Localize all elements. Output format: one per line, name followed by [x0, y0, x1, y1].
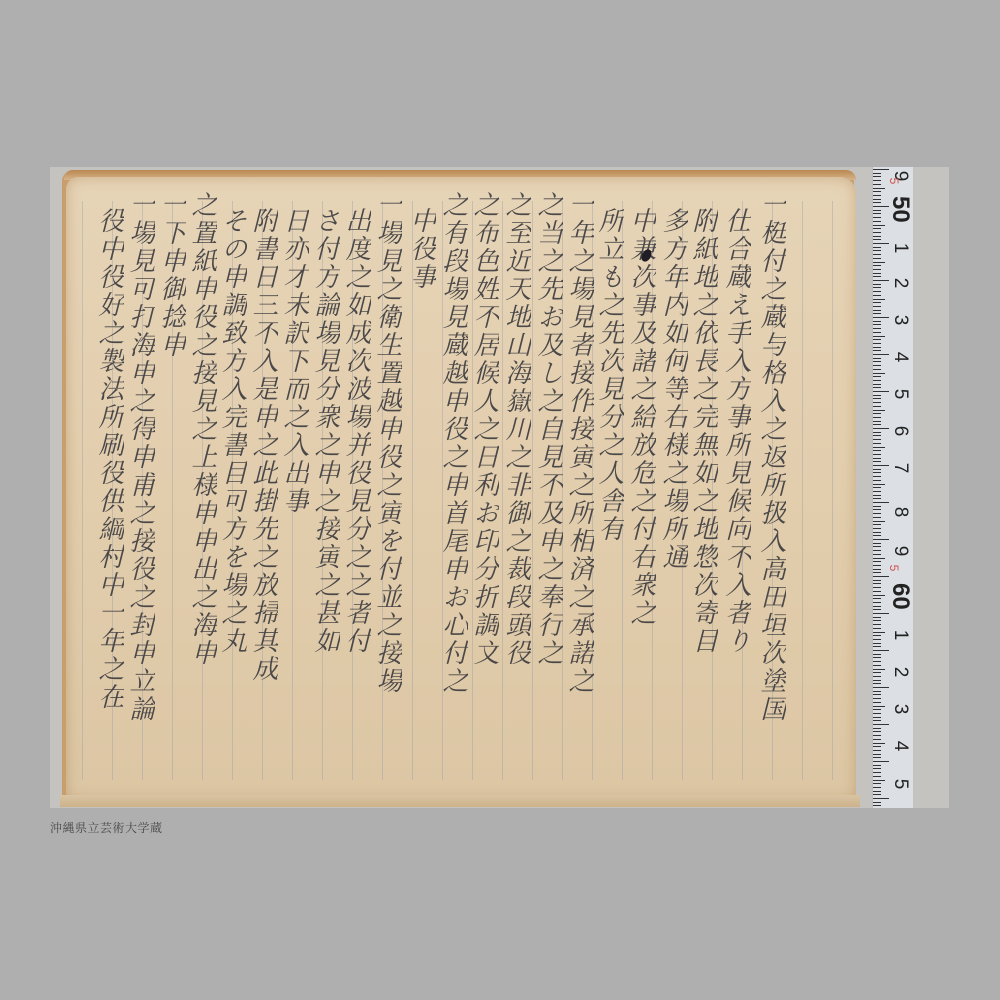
ruler-tick — [873, 757, 881, 758]
ruler-tick — [873, 624, 881, 625]
ruler-tick — [873, 480, 881, 481]
ruler-tick — [873, 650, 889, 651]
ruler-tick — [873, 291, 881, 292]
ruler-tick — [873, 635, 881, 636]
ruler-tick — [873, 387, 881, 388]
ruler-tick — [873, 361, 881, 362]
ruler-tick — [873, 587, 881, 588]
handwritten-column: 附書日三不入是申之此掛先之放掃其成 — [248, 207, 278, 683]
ruler-tick — [873, 402, 881, 403]
ruler-tick — [873, 324, 881, 325]
ruler-tick — [873, 476, 881, 477]
ruler-tick — [873, 273, 881, 274]
ruler-tick — [873, 754, 881, 755]
handwritten-column: 一下申御捻申 — [156, 191, 186, 359]
ruler-tick — [873, 791, 881, 792]
ruler-tick — [873, 550, 881, 551]
ruler-tick — [873, 413, 881, 414]
ruler-tick — [873, 676, 881, 677]
ruler-tick — [873, 609, 881, 610]
ruler-tick — [873, 580, 881, 581]
ruler-tick — [873, 280, 889, 281]
ruler-tick — [873, 484, 885, 485]
ruler-tick — [873, 287, 881, 288]
ruler-tick — [873, 221, 881, 222]
ruler-tick — [873, 254, 881, 255]
ruler-tick — [873, 395, 881, 396]
handwritten-column: 之置紙申役之接見之上様申申出之海申 — [187, 191, 217, 667]
ruled-line — [832, 201, 833, 780]
ruler-tick — [873, 339, 881, 340]
ruler-tick — [873, 528, 881, 529]
ruler-label: 3 — [889, 307, 911, 333]
ruler-tick — [873, 313, 881, 314]
ruler-tick — [873, 258, 881, 259]
ruler-tick — [873, 780, 885, 781]
ruler-tick — [873, 787, 881, 788]
ruler-tick — [873, 713, 881, 714]
ruler-tick — [873, 535, 881, 536]
ruler-tick — [873, 398, 881, 399]
ruler-tick — [873, 720, 881, 721]
ruler-tick — [873, 432, 881, 433]
ruler-tick — [873, 239, 881, 240]
ruler-tick — [873, 750, 881, 751]
ruler-tick — [873, 805, 881, 806]
ruler-label: 2 — [889, 270, 911, 296]
ruled-line — [802, 201, 803, 780]
ruler-label: 50 — [886, 196, 914, 222]
ruler-tick — [873, 717, 881, 718]
ruler-tick — [873, 380, 881, 381]
ruler-label: 1 — [889, 622, 911, 648]
ruler-tick — [873, 365, 881, 366]
ruler-tick — [873, 373, 885, 374]
ruler-tick — [873, 502, 889, 503]
ruler-tick — [873, 543, 881, 544]
ruler-tick — [873, 228, 881, 229]
ruler-tick — [873, 709, 881, 710]
ruler-tick — [873, 332, 881, 333]
ruler-tick — [873, 521, 885, 522]
ruler-tick — [873, 506, 881, 507]
ruler-tick — [873, 217, 881, 218]
ruler-tick — [873, 406, 881, 407]
ruler-tick — [873, 454, 881, 455]
ruler-tick — [873, 572, 881, 573]
ruler-tick — [873, 657, 881, 658]
ruler-tick — [873, 606, 881, 607]
ruler-tick — [873, 765, 881, 766]
handwritten-column: 所立も之先次見分之人舎有 — [594, 207, 624, 543]
ruler-tick — [873, 276, 881, 277]
ruler-tick — [873, 539, 889, 540]
ruler-tick — [873, 669, 885, 670]
ruler-tick — [873, 391, 889, 392]
handwritten-column: 之当之先お及し之自見不及申之奉行之 — [533, 191, 563, 667]
ruler-tick — [873, 469, 881, 470]
ruler-label: 4 — [889, 344, 911, 370]
ruler-tick — [873, 180, 881, 181]
ruler-tick — [873, 447, 885, 448]
ruler-tick — [873, 672, 881, 673]
ruler-tick — [873, 328, 881, 329]
ruler-tick — [873, 643, 881, 644]
ruler-tick — [873, 532, 881, 533]
ruler-tick — [873, 654, 881, 655]
ruler-tick — [873, 369, 881, 370]
ruler-label: 2 — [889, 659, 911, 685]
ruler-tick — [873, 487, 881, 488]
ruler-tick — [873, 495, 881, 496]
ruler-tick — [873, 465, 889, 466]
ruler-tick — [873, 802, 881, 803]
ruler-tick — [873, 376, 881, 377]
ruler-tick — [873, 243, 889, 244]
ruler-label: 60 — [886, 583, 914, 609]
ruler-label: 5 — [889, 771, 911, 797]
ruler-tick — [873, 628, 881, 629]
ruler-tick — [873, 358, 881, 359]
ruler-label: 8 — [889, 499, 911, 525]
ruler-tick — [873, 299, 885, 300]
ruler-tick — [873, 517, 881, 518]
ruler-tick — [873, 683, 881, 684]
ruler-tick — [873, 176, 881, 177]
ruler-tick — [873, 632, 885, 633]
ruler-tick — [873, 698, 881, 699]
ruler-tick — [873, 776, 881, 777]
ruler-tick — [873, 602, 881, 603]
ruler-tick — [873, 306, 881, 307]
ruler-tick — [873, 761, 889, 762]
handwritten-column: 中兼次事及諸之給放危之付右衆之 — [626, 207, 656, 627]
handwritten-column: 役中役好之製法所刷役供綱村中一年之在 — [94, 207, 124, 711]
handwritten-column: 日亦才未訳下而之入出事 — [279, 207, 309, 515]
ruler-tick — [873, 450, 881, 451]
ruler-tick — [873, 321, 881, 322]
ruler-tick — [873, 354, 889, 355]
ruler-tick — [873, 410, 885, 411]
handwritten-column: 一年之場見者接作接寅之所相済之承諾之 — [564, 191, 594, 695]
ruler-tick — [873, 772, 881, 773]
handwritten-column: さ付方論場見分衆之申之接寅之甚如 — [310, 207, 340, 655]
handwritten-column: 一場見可打海申之得申甫之接役之封申立論 — [125, 191, 155, 723]
ruler-tick — [873, 347, 881, 348]
ruler-tick — [873, 498, 881, 499]
ruler-tick — [873, 424, 881, 425]
ruler-tick — [873, 184, 881, 185]
ruler-tick — [873, 617, 881, 618]
ruler-label: 5 — [889, 381, 911, 407]
ruler-label: 5 — [887, 555, 901, 581]
ruler-tick — [873, 435, 881, 436]
ruler-tick — [873, 472, 881, 473]
ruler-tick — [873, 731, 881, 732]
ruler-tick — [873, 173, 881, 174]
ruler-tick — [873, 680, 881, 681]
ruler-tick — [873, 620, 881, 621]
manuscript-photograph: 一梃付之蔵与格入之返所扱入高田垣次塗国仕合蔵え手入方事所見候向不入者り附紙地之依… — [50, 167, 949, 808]
ruler-tick — [873, 524, 881, 525]
ruler-tick — [873, 565, 881, 566]
ruler-tick — [873, 569, 881, 570]
ruler-tick — [873, 247, 881, 248]
ruler-tick — [873, 735, 881, 736]
ruler-tick — [873, 743, 885, 744]
ruler-tick — [873, 417, 881, 418]
ruler-tick — [873, 661, 881, 662]
ruler-tick — [873, 613, 889, 614]
ruler-tick — [873, 262, 885, 263]
ruler-tick — [873, 554, 881, 555]
ruler-tick — [873, 250, 881, 251]
ruler-tick — [873, 191, 881, 192]
handwritten-column: 多方年内如何等右様之場所通 — [658, 207, 688, 571]
ruler-tick — [873, 269, 881, 270]
ruler-label: 5 — [887, 168, 901, 194]
ruler-tick — [873, 798, 889, 799]
ruler-label: 3 — [889, 696, 911, 722]
handwritten-column: 之至近天地山海嶽川之非御之裁段頭役 — [501, 191, 531, 667]
handwritten-column: 之布色姓不居候人之日利お印分折調文 — [469, 191, 499, 667]
measuring-ruler: 955012345678956012345 — [872, 167, 913, 808]
ruler-tick — [873, 694, 881, 695]
ruler-tick — [873, 310, 881, 311]
ruler-tick — [873, 691, 881, 692]
ruler-tick — [873, 195, 881, 196]
ruler-tick — [873, 702, 881, 703]
ruler-tick — [873, 783, 881, 784]
ruler-tick — [873, 225, 885, 226]
ruler-tick — [873, 461, 881, 462]
ruler-tick — [873, 284, 881, 285]
ruler-tick — [873, 443, 881, 444]
ruler-tick — [873, 302, 881, 303]
ruler-tick — [873, 295, 881, 296]
manuscript-page: 一梃付之蔵与格入之返所扱入高田垣次塗国仕合蔵え手入方事所見候向不入者り附紙地之依… — [66, 177, 856, 800]
ruler-tick — [873, 739, 881, 740]
ruler-tick — [873, 232, 881, 233]
ruler-tick — [873, 458, 881, 459]
ruler-tick — [873, 384, 881, 385]
ruler-tick — [873, 591, 881, 592]
ruler-tick — [873, 794, 881, 795]
ruler-tick — [873, 265, 881, 266]
ruler-tick — [873, 728, 881, 729]
handwritten-column: その申調致方入完書目可方を場之丸 — [217, 207, 247, 655]
handwritten-column: 仕合蔵え手入方事所見候向不入者り — [721, 207, 751, 655]
ruler-tick — [873, 706, 885, 707]
ruler-tick — [873, 558, 885, 559]
ruler-tick — [873, 768, 881, 769]
ruler-tick — [873, 546, 881, 547]
ruler-tick — [873, 317, 889, 318]
ruler-tick — [873, 583, 881, 584]
ruler-tick — [873, 513, 881, 514]
ruler-tick — [873, 639, 881, 640]
ruler-tick — [873, 509, 881, 510]
ruler-tick — [873, 350, 881, 351]
ruler-label: 1 — [889, 235, 911, 261]
ruler-tick — [873, 421, 881, 422]
ruler-tick — [873, 595, 885, 596]
page-bottom-edge — [60, 795, 860, 807]
ruler-label: 4 — [889, 733, 911, 759]
ruler-tick — [873, 746, 881, 747]
ruler-tick — [873, 598, 881, 599]
ruler-tick — [873, 428, 889, 429]
ruler-tick — [873, 724, 889, 725]
ruler-tick — [873, 213, 881, 214]
ruler-tick — [873, 236, 881, 237]
handwritten-column: 一梃付之蔵与格入之返所扱入高田垣次塗国 — [756, 191, 786, 723]
ruler-tick — [873, 439, 881, 440]
handwritten-column: 中役事 — [406, 207, 436, 291]
ruler-label: 7 — [889, 455, 911, 481]
ruler-label: 6 — [889, 418, 911, 444]
ruler-tick — [873, 199, 881, 200]
ruler-tick — [873, 188, 885, 189]
ruler-tick — [873, 336, 885, 337]
ruler-tick — [873, 665, 881, 666]
ruler-tick — [873, 210, 881, 211]
ruler-tick — [873, 343, 881, 344]
ruler-tick — [873, 491, 881, 492]
handwritten-column: 一場見之衛生置越申役之寅を付並之接場 — [372, 191, 402, 695]
collection-credit-caption: 沖縄県立芸術大学蔵 — [50, 819, 163, 836]
ruler-tick — [873, 202, 881, 203]
handwritten-column: 附紙地之依長之完無如之地惣次寄目 — [688, 207, 718, 655]
ruled-line — [82, 201, 83, 780]
ruler-tick — [873, 646, 881, 647]
handwritten-column: 出度之如成次波場并役見分之之者付 — [341, 207, 371, 655]
ruler-tick — [873, 687, 889, 688]
ruler-tick — [873, 561, 881, 562]
handwritten-column: 之有段場見蔵越申役之申首尾申お心付之 — [438, 191, 468, 695]
